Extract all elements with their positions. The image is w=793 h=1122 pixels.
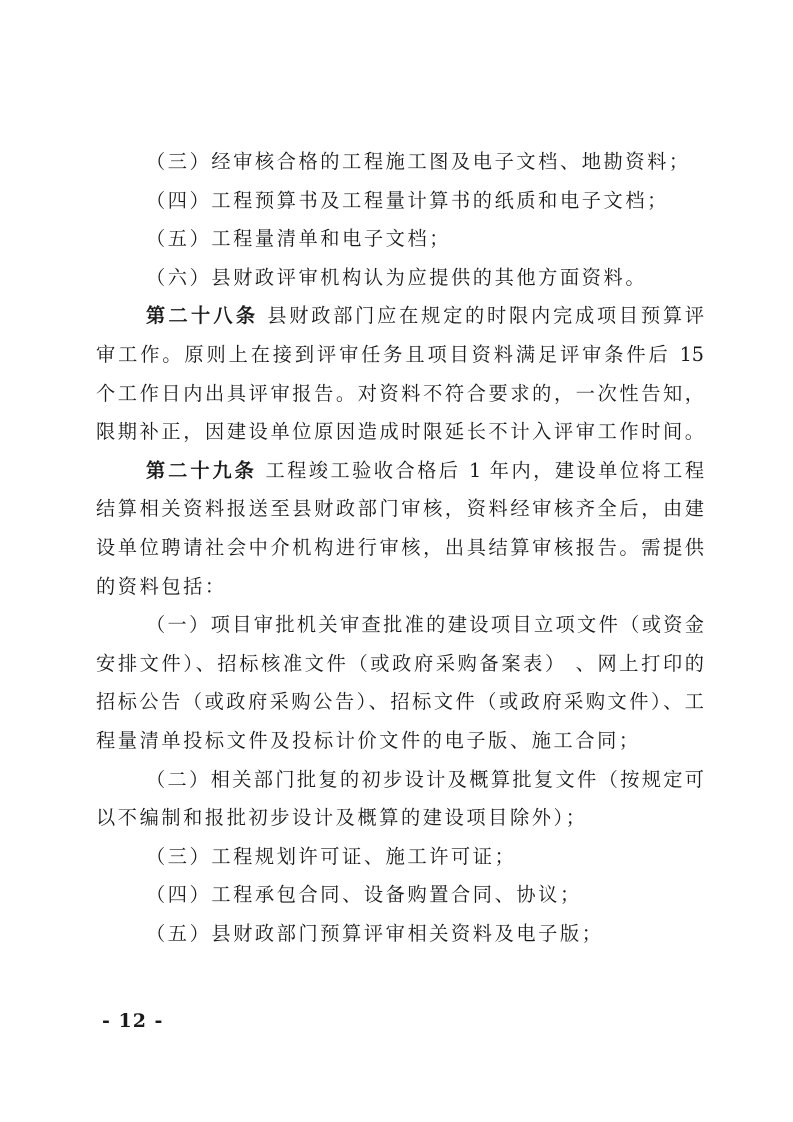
list-item-cont: 程量清单投标文件及投标计价文件的电子版、施工合同；	[96, 722, 704, 761]
article-29-first-line: 第二十九条 工程竣工验收合格后 1 年内，建设单位将工程	[96, 452, 704, 491]
article-28-first-line: 第二十八条 县财政部门应在规定的时限内完成项目预算评	[96, 297, 704, 336]
list-item-cont: 安排文件）、招标核准文件（或政府采购备案表） 、网上打印的	[96, 645, 704, 684]
paragraph-line: 个工作日内出具评审报告。对资料不符合要求的，一次性告知，	[96, 375, 704, 414]
list-item: （四）工程预算书及工程量计算书的纸质和电子文档；	[96, 182, 704, 221]
paragraph-line: 审工作。原则上在接到评审任务且项目资料满足评审条件后 15	[96, 336, 704, 375]
list-item: （五）工程量清单和电子文档；	[96, 220, 704, 259]
list-item: （四）工程承包合同、设备购置合同、协议；	[96, 876, 704, 915]
paragraph-line: 限期补正，因建设单位原因造成时限延长不计入评审工作时间。	[96, 413, 704, 452]
list-item: （六）县财政评审机构认为应提供的其他方面资料。	[96, 259, 704, 298]
list-item: （五）县财政部门预算评审相关资料及电子版；	[96, 915, 704, 954]
paragraph-line: 设单位聘请社会中介机构进行审核，出具结算审核报告。需提供	[96, 529, 704, 568]
article-29-heading: 第二十九条	[146, 459, 257, 482]
list-item: （一）项目审批机关审查批准的建设项目立项文件（或资金	[96, 606, 704, 645]
list-item: （二）相关部门批复的初步设计及概算批复文件（按规定可	[96, 761, 704, 800]
list-item-cont: 以不编制和报批初步设计及概算的建设项目除外）；	[96, 799, 704, 838]
list-item: （三）工程规划许可证、施工许可证；	[96, 838, 704, 877]
list-item-cont: 招标公告（或政府采购公告）、招标文件（或政府采购文件）、工	[96, 683, 704, 722]
paragraph-line: 结算相关资料报送至县财政部门审核，资料经审核齐全后，由建	[96, 490, 704, 529]
list-item: （三）经审核合格的工程施工图及电子文档、地勘资料；	[96, 143, 704, 182]
paragraph-line: 的资料包括：	[96, 568, 704, 607]
document-page: （三）经审核合格的工程施工图及电子文档、地勘资料； （四）工程预算书及工程量计算…	[96, 143, 704, 953]
article-28-heading: 第二十八条	[146, 304, 258, 327]
page-number: - 12 -	[102, 1010, 163, 1032]
